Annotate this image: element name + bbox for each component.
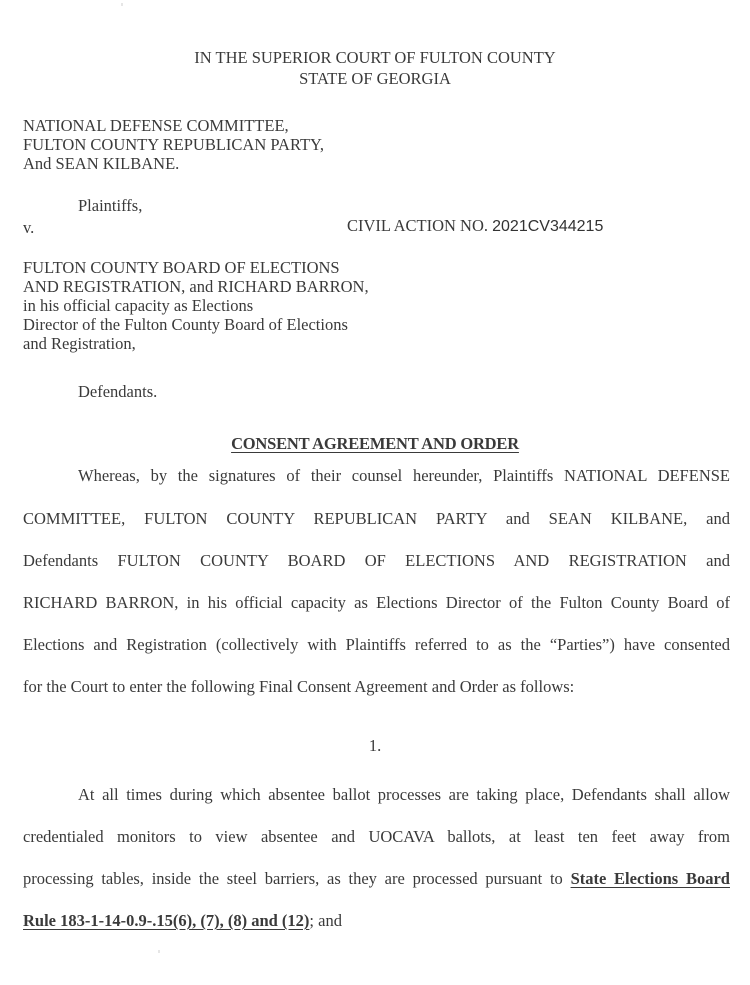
whereas-line: COMMITTEE, FULTON COUNTY REPUBLICAN PART… <box>23 509 730 529</box>
section-line: Rule 183-1-14-0.9-.15(6), (7), (8) and (… <box>23 911 730 931</box>
document-title: CONSENT AGREEMENT AND ORDER <box>0 434 750 454</box>
civil-action-label: CIVIL ACTION NO. <box>347 216 488 235</box>
plaintiff-name: And SEAN KILBANE. <box>23 154 324 173</box>
section-line: processing tables, inside the steel barr… <box>23 869 730 889</box>
defendants-block: FULTON COUNTY BOARD OF ELECTIONS AND REG… <box>23 258 369 353</box>
whereas-line: Whereas, by the signatures of their coun… <box>78 466 730 486</box>
defendant-line: AND REGISTRATION, and RICHARD BARRON, <box>23 277 369 296</box>
plaintiffs-block: NATIONAL DEFENSE COMMITTEE, FULTON COUNT… <box>23 116 324 173</box>
section-line-tail: ; and <box>309 911 342 930</box>
defendants-label: Defendants. <box>78 382 157 401</box>
section-line: credentialed monitors to view absentee a… <box>23 827 730 847</box>
section-line: At all times during which absentee ballo… <box>78 785 730 805</box>
court-state: STATE OF GEORGIA <box>0 69 750 89</box>
civil-action-number: 2021CV344215 <box>492 218 603 235</box>
civil-action: CIVIL ACTION NO. 2021CV344215 <box>347 216 603 236</box>
defendant-line: in his official capacity as Elections <box>23 296 369 315</box>
plaintiffs-label: Plaintiffs, <box>78 196 142 215</box>
section-line-text: processing tables, inside the steel barr… <box>23 869 571 888</box>
rule-reference: Rule 183-1-14-0.9-.15(6), (7), (8) and (… <box>23 911 309 930</box>
scan-artifact <box>121 3 123 6</box>
plaintiff-name: FULTON COUNTY REPUBLICAN PARTY, <box>23 135 324 154</box>
section-number: 1. <box>0 736 750 756</box>
court-name: IN THE SUPERIOR COURT OF FULTON COUNTY <box>0 48 750 68</box>
whereas-line: Defendants FULTON COUNTY BOARD OF ELECTI… <box>23 551 730 571</box>
defendant-line: FULTON COUNTY BOARD OF ELECTIONS <box>23 258 369 277</box>
whereas-line: for the Court to enter the following Fin… <box>23 677 730 697</box>
plaintiff-name: NATIONAL DEFENSE COMMITTEE, <box>23 116 324 135</box>
defendant-line: and Registration, <box>23 334 369 353</box>
whereas-line: RICHARD BARRON, in his official capacity… <box>23 593 730 613</box>
defendant-line: Director of the Fulton County Board of E… <box>23 315 369 334</box>
scan-artifact <box>158 950 160 953</box>
versus-label: v. <box>23 218 34 237</box>
rule-reference: State Elections Board <box>571 869 730 888</box>
whereas-line: Elections and Registration (collectively… <box>23 635 730 655</box>
